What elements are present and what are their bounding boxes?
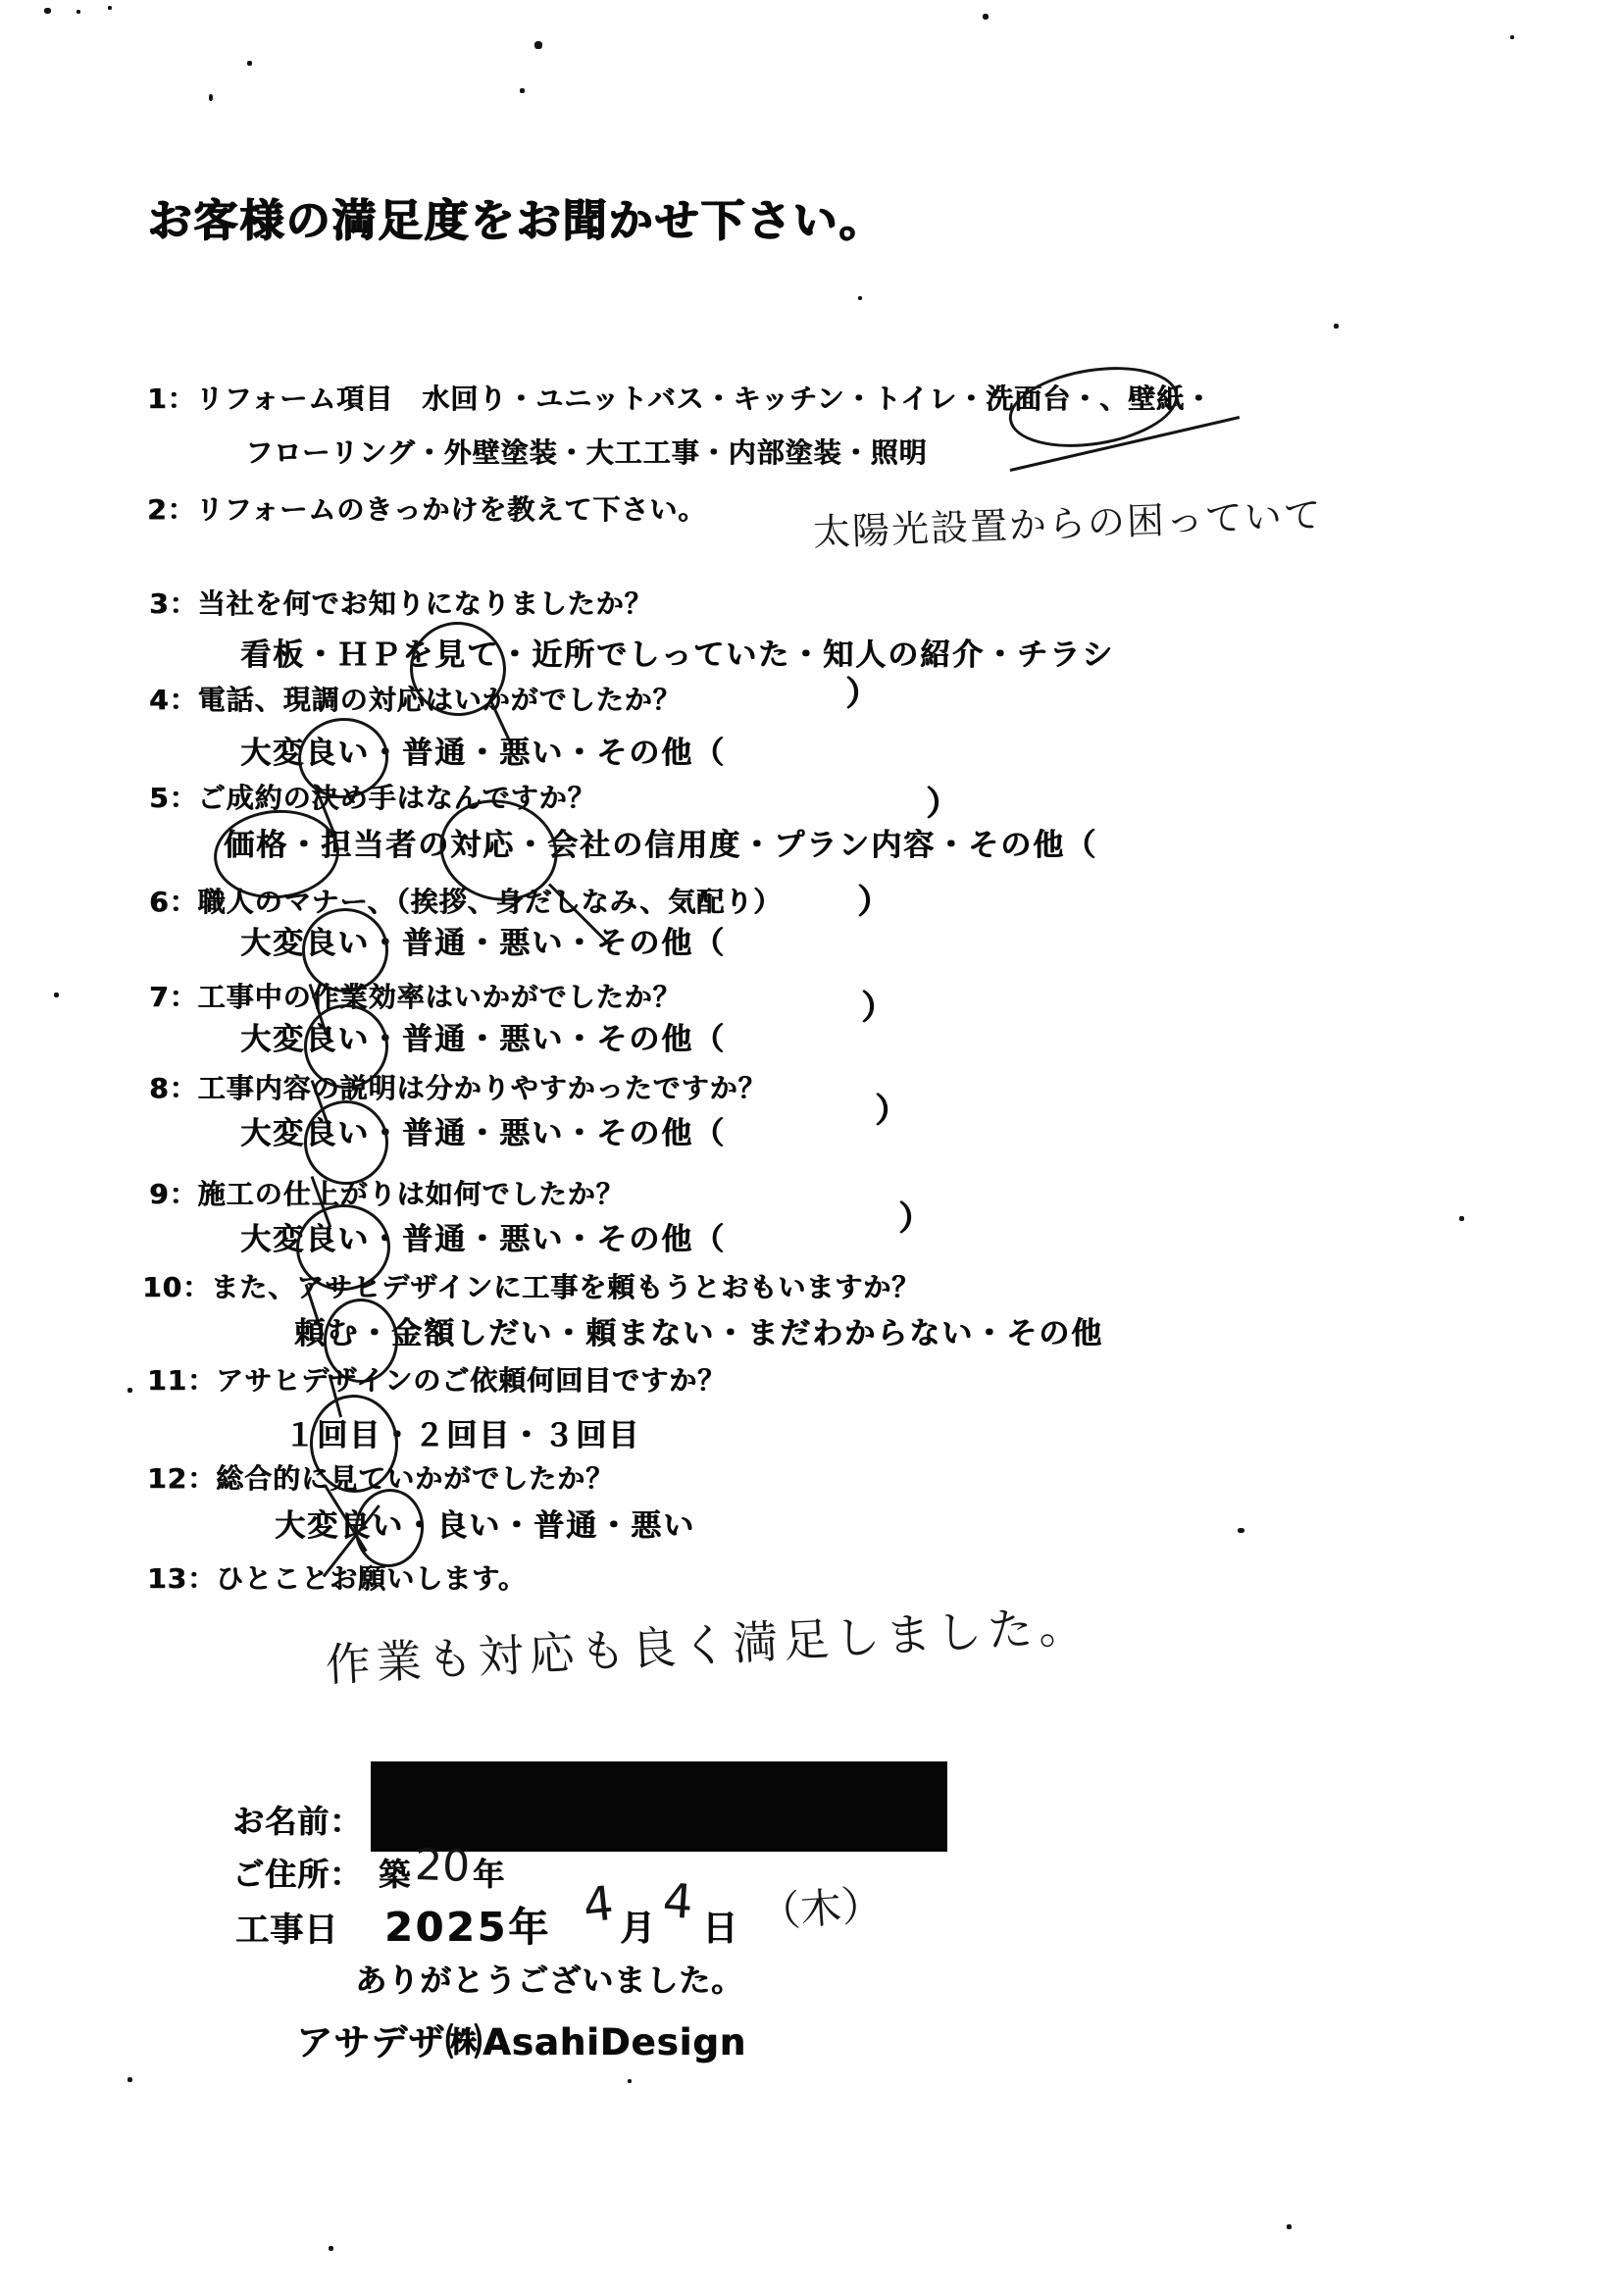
question-3: 3：当社を何でお知りになりましたか？ bbox=[149, 583, 653, 622]
scan-noise bbox=[54, 993, 59, 997]
address-suffix: 年 bbox=[473, 1850, 505, 1895]
scanned-survey-page: お客様の満足度をお聞かせ下さい。 1：リフォーム項目 水回り・ユニットバス・キッ… bbox=[0, 0, 1624, 2293]
name-label: お名前： bbox=[232, 1797, 362, 1842]
name-redaction-box bbox=[371, 1761, 947, 1852]
question-13: 13：ひとことお願いします。 bbox=[147, 1557, 527, 1597]
question-3-options: 看板・ＨＰを見て・近所でしっていた・知人の紹介・チラシ bbox=[240, 630, 1114, 674]
scan-noise bbox=[108, 6, 112, 10]
question-5-close-paren: ） bbox=[926, 777, 960, 825]
scan-noise bbox=[520, 88, 525, 93]
scan-noise bbox=[983, 14, 989, 20]
handwritten-answer-q2: 太陽光設置からの困っていて bbox=[812, 484, 1324, 556]
question-1-options-line2: フローリング・外壁塗装・大工工事・内部塗装・照明 bbox=[245, 432, 927, 471]
hand-circle-q1-toilet bbox=[1003, 356, 1184, 458]
handwritten-address-years: 20 bbox=[414, 1840, 471, 1892]
question-6: 6：職人のマナー、（挨拶、身だしなみ、気配り） bbox=[149, 881, 782, 920]
question-11: 11：アサヒデザインのご依頼何回目ですか？ bbox=[147, 1359, 726, 1399]
handwritten-answer-q13: 作業も対応も良く満足しました。 bbox=[324, 1590, 1091, 1695]
work-date-label: 工事日 bbox=[235, 1903, 338, 1951]
scan-noise bbox=[1510, 35, 1514, 39]
scan-noise bbox=[247, 61, 252, 66]
question-2: 2：リフォームのきっかけを教えて下さい。 bbox=[147, 488, 706, 528]
scan-noise bbox=[329, 2246, 333, 2251]
work-date-month-unit: 月 bbox=[620, 1901, 656, 1951]
handwritten-weekday: （木） bbox=[757, 1872, 885, 1940]
scan-noise bbox=[534, 41, 542, 49]
question-12-options: 大変良い・良い・普通・悪い bbox=[275, 1501, 695, 1545]
scan-noise bbox=[628, 2079, 632, 2083]
thanks-text: ありがとうございました。 bbox=[355, 1956, 743, 2001]
scan-noise bbox=[127, 2077, 132, 2082]
question-5-options: 価格・担当者の対応・会社の信用度・プラン内容・その他（ bbox=[224, 820, 1097, 864]
address-label: ご住所： bbox=[232, 1850, 362, 1895]
scan-noise bbox=[76, 10, 80, 14]
question-4: 4：電話、現調の対応はいかがでしたか？ bbox=[149, 679, 682, 718]
question-6-close-paren: ） bbox=[857, 875, 891, 923]
question-4-close-paren: ） bbox=[845, 667, 880, 715]
question-8-close-paren: ） bbox=[875, 1084, 909, 1132]
scan-noise bbox=[1459, 1216, 1464, 1221]
question-10: 10：また、アサヒデザインに工事を頼もうとおもいますか？ bbox=[142, 1266, 920, 1305]
scan-noise bbox=[1287, 2224, 1292, 2229]
scan-noise bbox=[1238, 1528, 1244, 1533]
company-logo-text: アサデザ㈱AsahiDesign bbox=[296, 2013, 746, 2065]
work-date-year: 2025年 bbox=[384, 1895, 551, 1953]
question-9: 9：施工の仕上がりは如何でしたか？ bbox=[149, 1173, 624, 1212]
handwritten-month-digit: 4 bbox=[581, 1876, 616, 1934]
question-8: 8：工事内容の説明は分かりやすかったですか？ bbox=[149, 1067, 767, 1106]
question-7: 7：工事中の作業効率はいかがでしたか？ bbox=[149, 976, 682, 1015]
scan-noise bbox=[209, 94, 213, 101]
scan-noise bbox=[44, 8, 51, 14]
scan-noise bbox=[1334, 324, 1339, 329]
page-title: お客様の満足度をお聞かせ下さい。 bbox=[147, 184, 885, 248]
question-7-close-paren: ） bbox=[861, 981, 895, 1029]
scan-noise bbox=[858, 296, 862, 300]
question-9-close-paren: ） bbox=[898, 1192, 933, 1240]
scan-noise bbox=[127, 1388, 132, 1393]
question-10-options: 頼む・金額しだい・頼まない・まだわからない・その他 bbox=[294, 1308, 1103, 1352]
handwritten-day-digit: 4 bbox=[661, 1873, 694, 1930]
address-prefix: 築 bbox=[379, 1850, 411, 1895]
work-date-day-unit: 日 bbox=[702, 1901, 738, 1951]
